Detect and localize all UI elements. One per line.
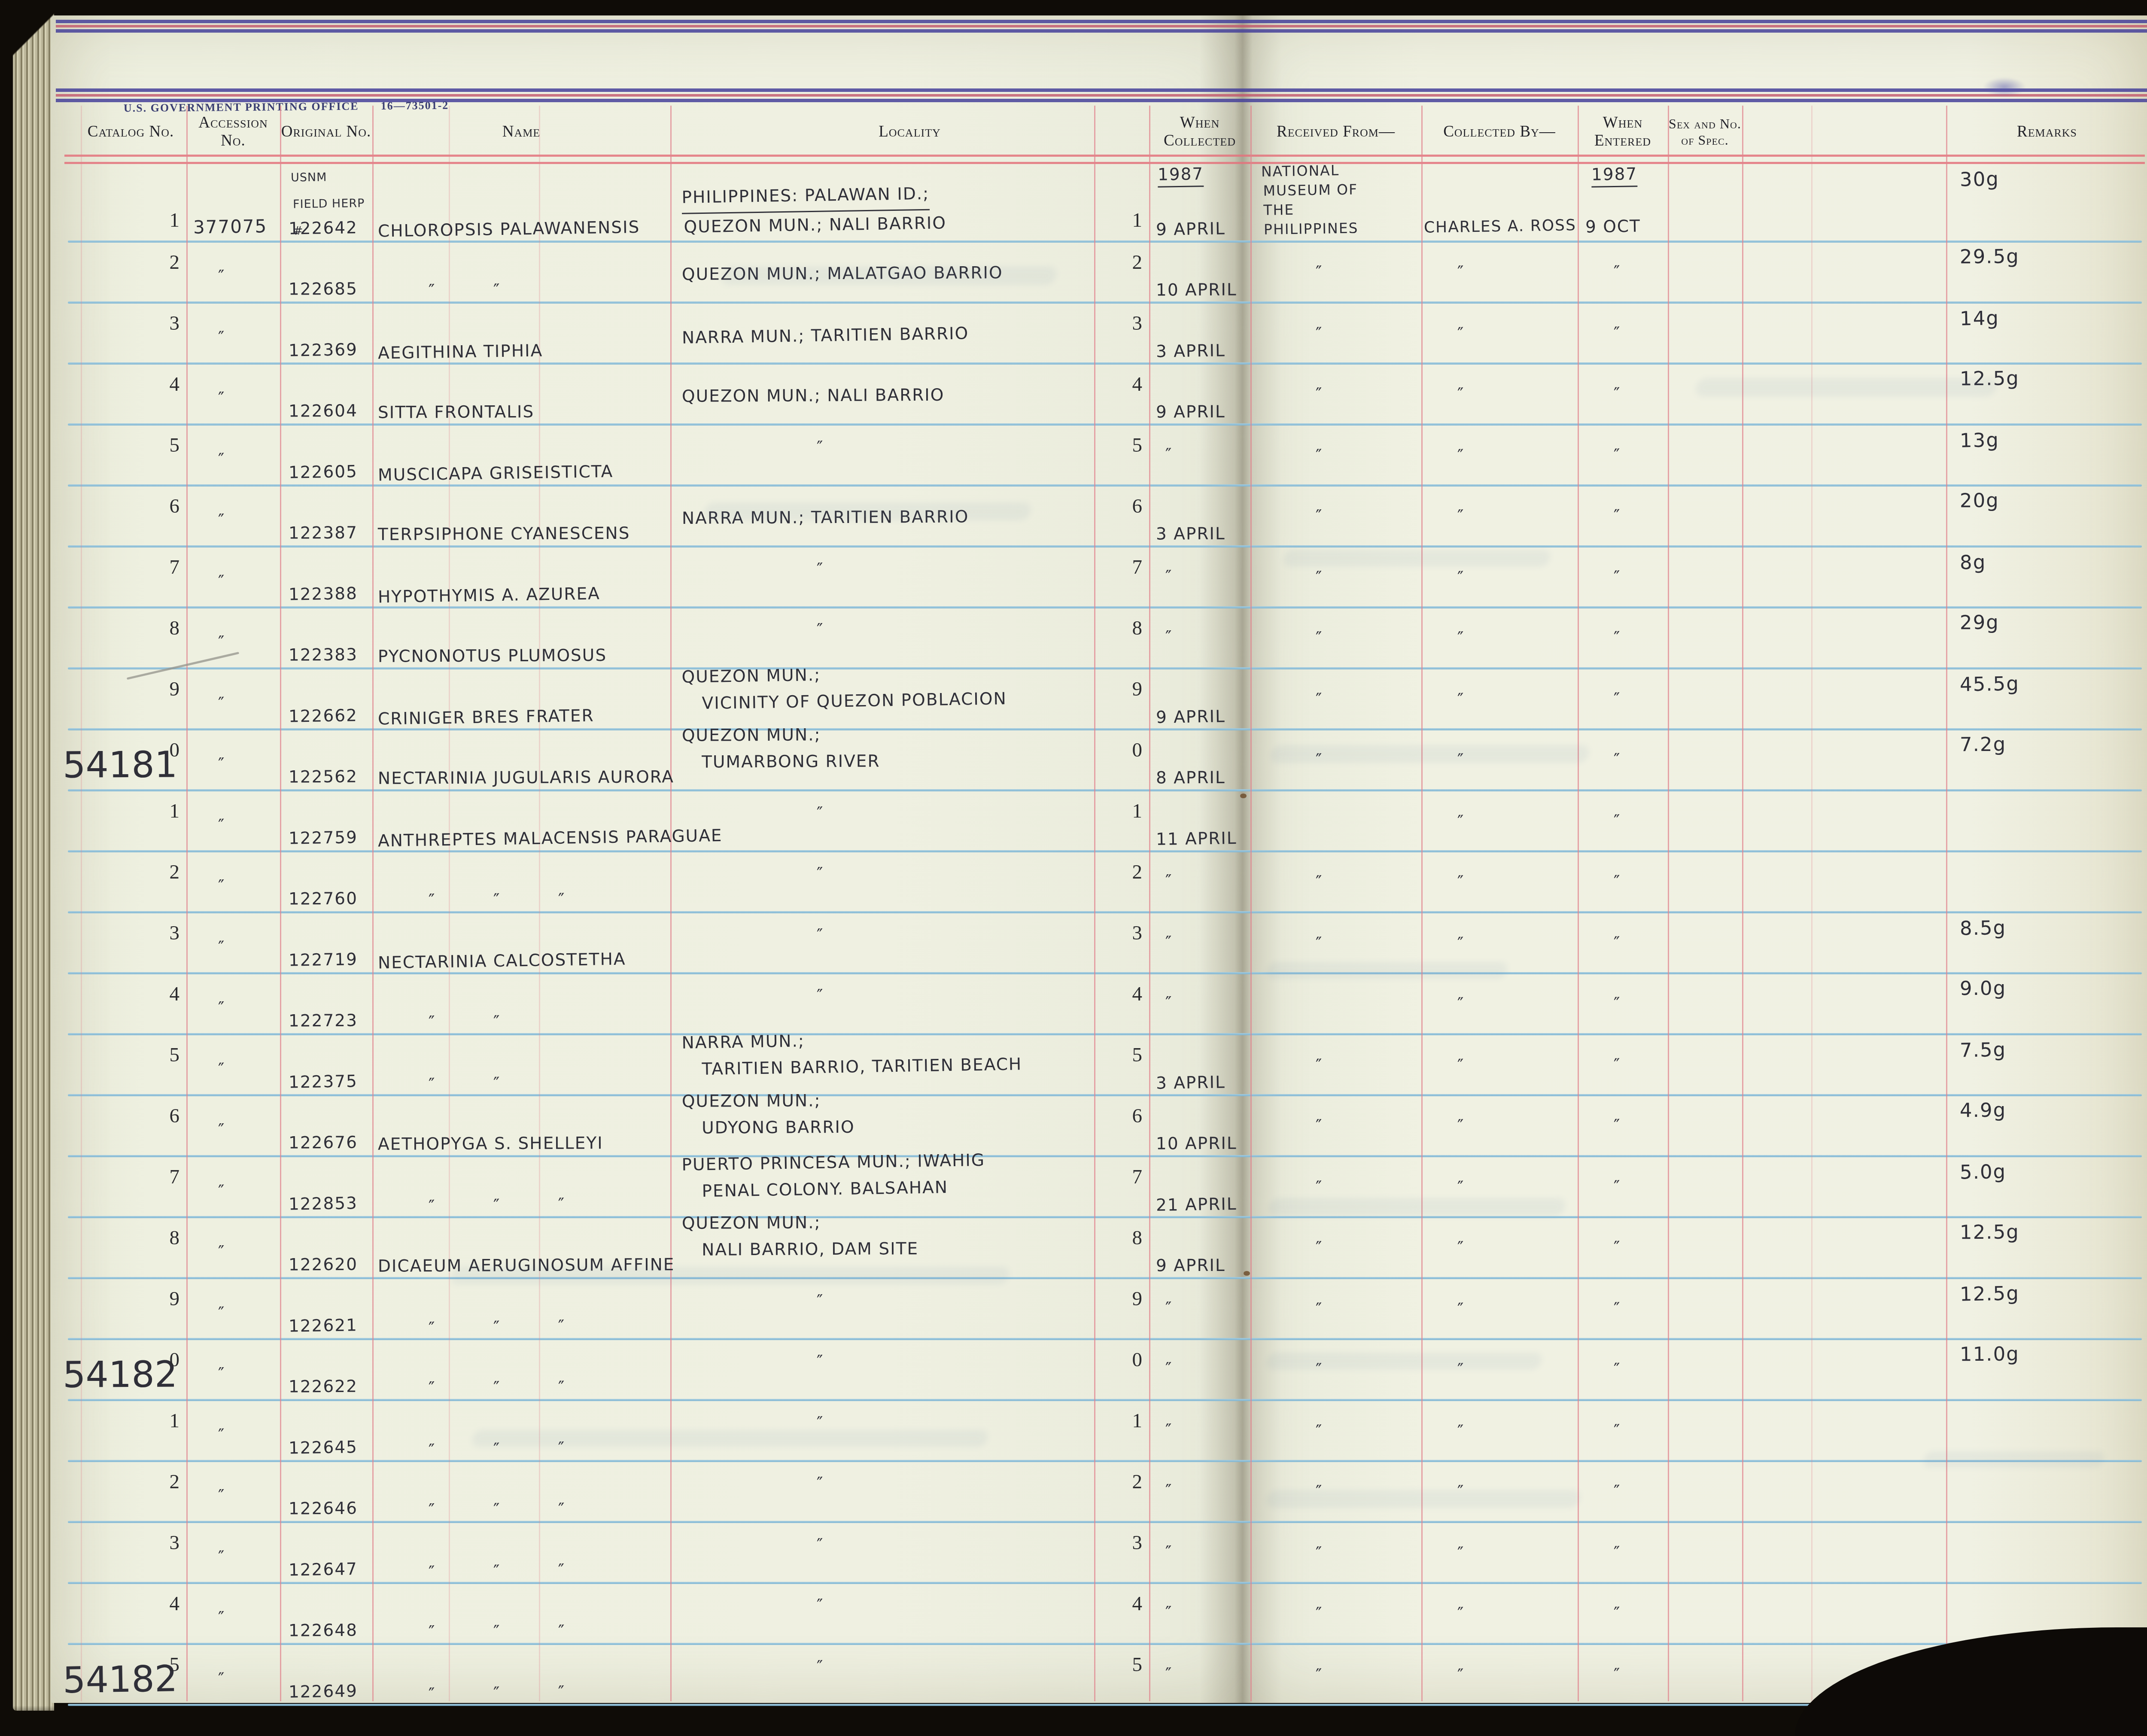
row-number-right: 8: [1098, 1226, 1142, 1250]
row-number-left: 9: [120, 678, 179, 701]
row-number-left: 2: [120, 251, 179, 274]
bleed-through-smudge: [1265, 1490, 1581, 1508]
cell-when-collected: ″: [1156, 871, 1264, 891]
cell-original: 122759: [289, 827, 375, 848]
cell-collected-by: ″: [1424, 506, 1608, 526]
cell-when-entered: ″: [1585, 1237, 1700, 1257]
cell-locality: QUEZON MUN.;UDYONG BARRIO: [682, 1086, 1163, 1142]
cell-original: 122620: [289, 1255, 374, 1274]
cell-original-label-line: USNM: [291, 163, 377, 191]
cell-name: ″ ″ ″: [378, 1314, 730, 1339]
cell-accession: ″: [218, 632, 283, 652]
cell-locality: ″: [817, 1286, 912, 1314]
row-number-left: 1: [120, 800, 179, 823]
binding-speck: [1240, 794, 1247, 798]
cell-name: AETHOPYGA S. SHELLEYI: [378, 1133, 678, 1154]
cell-remarks: 29.5g: [1960, 244, 2147, 268]
ledger-row: 4″122648″ ″ ″″4″″″″: [56, 1582, 2147, 1643]
ledger-row: 7″122388HYPOTHYMIS A. AZUREA″7″″″″8g: [56, 545, 2147, 606]
cell-accession: ″: [218, 1059, 283, 1079]
cell-remarks: 20g: [1960, 488, 2147, 512]
cell-accession: 377075: [193, 215, 288, 237]
row-number-right: 5: [1098, 1653, 1142, 1676]
row-number-right: 4: [1098, 1592, 1142, 1615]
cell-when-collected: ″: [1156, 1602, 1264, 1622]
cell-accession: ″: [218, 937, 283, 957]
cell-original: 122622: [289, 1377, 374, 1396]
bleed-through-smudge: [449, 1267, 1010, 1285]
ink-smudge: [1983, 77, 2026, 97]
cell-when-collected: ″: [1156, 1297, 1265, 1318]
cell-when-collected: ″: [1156, 1419, 1265, 1440]
cell-accession: ″: [218, 1120, 283, 1140]
ledger-row: 541820″122622″ ″ ″″0″″″″11.0g: [56, 1338, 2147, 1399]
cell-when-entered: ″: [1585, 566, 1700, 587]
cell-when-entered: ″: [1585, 1603, 1700, 1623]
cell-when-collected: 9 APRIL: [1156, 1256, 1255, 1275]
row-number-right: 5: [1098, 1043, 1142, 1067]
ledger-row: 2″122685″ ″QUEZON MUN.; MALATGAO BARRIO2…: [56, 240, 2147, 301]
cell-original: 122369: [289, 340, 375, 360]
ledger-scan: U.S. GOVERNMENT PRINTING OFFICE 16—73501…: [0, 0, 2147, 1736]
cell-locality: ″: [817, 1348, 911, 1375]
cell-locality-line: ″: [817, 1470, 911, 1497]
cell-when-entered: ″: [1585, 994, 1700, 1013]
cell-name: TERPSIPHONE CYANESCENS: [378, 523, 678, 544]
cell-name: AEGITHINA TIPHIA: [378, 339, 679, 363]
cell-collected-by: ″: [1424, 1663, 1608, 1686]
cell-when-entered: ″: [1585, 1298, 1700, 1319]
cell-accession: ″: [218, 389, 283, 408]
cell-when-entered: ″: [1585, 1116, 1700, 1135]
cell-locality: NARRA MUN.; TARITIEN BARRIO: [682, 317, 1163, 352]
cell-when-collected: 9 APRIL: [1156, 402, 1255, 422]
cell-remarks: 12.5g: [1960, 1220, 2147, 1243]
cell-original: 122642: [289, 218, 375, 238]
cell-remarks: 9.0g: [1960, 976, 2147, 1000]
bleed-through-smudge: [1265, 962, 1508, 979]
cell-locality: NARRA MUN.;TARITIEN BARRIO, TARITIEN BEA…: [681, 1022, 1163, 1083]
cell-original: 122648: [289, 1620, 374, 1640]
cell-locality-line: QUEZON MUN.;: [682, 1086, 1163, 1115]
cell-when-collected: 21 APRIL: [1156, 1194, 1255, 1215]
cell-accession: ″: [218, 1181, 283, 1201]
cell-locality-line: PHILIPPINES: PALAWAN ID.;: [681, 181, 930, 214]
row-number-right: 4: [1098, 373, 1142, 396]
ledger-row: 2″122760″ ″ ″″2″″″″: [56, 850, 2147, 911]
cell-when-entered: ″: [1585, 688, 1700, 709]
cell-accession: ″: [218, 511, 283, 530]
cell-received-from-line: THE: [1263, 198, 1421, 220]
cell-collected-by: ″: [1424, 628, 1608, 648]
cell-when-collected: 9 APRIL: [1156, 219, 1255, 240]
row-number-right: 1: [1098, 800, 1142, 823]
cell-remarks: 45.5g: [1960, 670, 2147, 696]
cell-name: ″ ″: [378, 1011, 729, 1032]
cell-collected-by: ″: [1424, 1603, 1608, 1624]
cell-when-collected: ″: [1156, 993, 1264, 1012]
row-number-right: 9: [1098, 1287, 1142, 1310]
row-number-left: 1: [120, 209, 179, 232]
cell-name: SITTA FRONTALIS: [378, 401, 678, 423]
row-number-left: 8: [120, 1226, 179, 1250]
cell-original-label-line: FIELD HERP: [293, 190, 377, 218]
cell-original: 122388: [289, 584, 375, 604]
cell-when-collected: ″: [1156, 1359, 1264, 1378]
cell-name: ″ ″ ″: [378, 1377, 729, 1398]
cell-locality: QUEZON MUN.; NALI BARRIO: [682, 381, 1163, 410]
bleed-through-smudge: [1267, 1198, 1566, 1216]
cell-collected-by: ″: [1424, 1541, 1608, 1564]
cell-when-collected: 11 APRIL: [1156, 828, 1255, 849]
cell-remarks: 29g: [1960, 610, 2147, 634]
row-number-right: 9: [1098, 678, 1142, 701]
ledger-row: 8″122620DICAEUM AERUGINOSUM AFFINEQUEZON…: [56, 1216, 2147, 1277]
cell-when-collected: 3 APRIL: [1156, 341, 1255, 362]
cell-locality-line: ″: [817, 555, 912, 583]
cell-collected-by: ″: [1424, 322, 1608, 344]
cell-accession: ″: [218, 693, 283, 713]
row-number-left: 8: [120, 617, 179, 640]
row-number-left: 9: [120, 1287, 179, 1310]
cell-original: 122647: [289, 1559, 375, 1580]
cell-locality: ″: [817, 1530, 912, 1558]
cell-locality-line: ″: [817, 860, 911, 887]
ledger-row: 6″122387TERPSIPHONE CYANESCENSNARRA MUN.…: [56, 484, 2147, 545]
cell-name: MUSCICAPA GRISEISTICTA: [378, 461, 679, 485]
row-number-left: 1: [120, 1409, 179, 1432]
cell-original: 122562: [289, 767, 374, 787]
cell-when-collected: ″: [1156, 444, 1265, 465]
cell-locality: ″: [817, 1652, 912, 1680]
row-number-right: 4: [1098, 982, 1142, 1006]
cell-accession: ″: [218, 998, 283, 1018]
row-number-right: 3: [1098, 312, 1142, 335]
cell-locality-line: TUMARBONG RIVER: [702, 747, 1163, 776]
cell-when-entered: ″: [1585, 506, 1700, 526]
row-number-left: 3: [120, 921, 179, 945]
row-number-right: 7: [1098, 1165, 1142, 1189]
cell-locality: ″: [817, 433, 912, 461]
cell-accession: ″: [218, 449, 283, 469]
cell-original: 122685: [289, 279, 374, 299]
bleed-through-smudge: [1694, 378, 1998, 397]
cell-when-collected: 10 APRIL: [1156, 1134, 1255, 1153]
cell-remarks: 11.0g: [1960, 1342, 2147, 1365]
bleed-through-smudge: [1282, 550, 1551, 567]
cell-remarks: 7.5g: [1960, 1036, 2147, 1062]
cell-collected-by: ″: [1424, 444, 1608, 466]
row-number-left: 2: [120, 860, 179, 884]
bleed-through-smudge: [471, 1430, 989, 1447]
cell-received-from-line: PHILIPPINES: [1264, 217, 1421, 239]
cell-collected-by: ″: [1424, 1116, 1608, 1136]
row-number-right: 2: [1098, 251, 1142, 274]
cell-name: ″ ″ ″: [378, 1621, 729, 1642]
ledger-row: 7″122853″ ″ ″PUERTO PRINCESA MUN.; IWAHI…: [56, 1155, 2147, 1216]
cell-locality-line: QUEZON MUN.;: [682, 720, 1163, 749]
cell-name: ″ ″ ″: [378, 1558, 730, 1583]
cell-when-entered: ″: [1585, 1054, 1700, 1075]
cell-original: 122649: [289, 1681, 375, 1702]
ledger-row: 1377075USNMFIELD HERP#122642CHLOROPSIS P…: [56, 162, 2147, 240]
cell-remarks: 13g: [1960, 426, 2147, 452]
cell-collected-by: ″: [1424, 1298, 1608, 1320]
row-number-left: 0: [120, 739, 179, 762]
cell-original: 122605: [289, 462, 375, 482]
cell-name: ″ ″: [378, 280, 729, 301]
ledger-row: 5″122375″ ″NARRA MUN.;TARITIEN BARRIO, T…: [56, 1033, 2147, 1094]
cell-original: 122719: [289, 949, 375, 970]
cell-when-entered: 9 OCT: [1585, 216, 1672, 237]
cell-locality-line: ″: [817, 1530, 912, 1558]
cell-original: 122760: [289, 889, 374, 909]
ledger-row: 2″122646″ ″ ″″2″″″″: [56, 1460, 2147, 1521]
cell-collected-by: ″: [1424, 688, 1608, 710]
ledger-row: 3″122719NECTARINIA CALCOSTETHA″3″″″″8.5g: [56, 911, 2147, 972]
cell-when-entered: ″: [1585, 322, 1700, 344]
cell-when-entered: ″: [1585, 1359, 1700, 1379]
ledger-row: 1″122645″ ″ ″″1″″″″: [56, 1399, 2147, 1460]
cell-locality-line: ″: [817, 1592, 911, 1619]
row-number-left: 4: [120, 373, 179, 396]
row-number-left: 3: [120, 1531, 179, 1554]
cell-collected-by: ″: [1424, 994, 1608, 1014]
cell-when-entered: ″: [1585, 1542, 1700, 1563]
cell-when-entered: ″: [1585, 810, 1700, 831]
cell-when-entered: ″: [1585, 628, 1700, 648]
cell-original: 122676: [289, 1133, 374, 1152]
row-number-left: 4: [120, 1592, 179, 1615]
cell-locality-line: ″: [817, 799, 912, 827]
cell-locality-line: QUEZON MUN.;: [682, 1208, 1163, 1237]
cell-locality: PHILIPPINES: PALAWAN ID.;QUEZON MUN.; NA…: [681, 177, 1163, 241]
cell-locality: ″: [817, 555, 912, 583]
bleed-through-smudge: [720, 266, 1058, 285]
cell-collected-by: ″: [1424, 1420, 1608, 1442]
cell-original: 122646: [289, 1499, 374, 1518]
cell-accession: ″: [218, 571, 283, 591]
cell-name: PYCNONOTUS PLUMOSUS: [378, 645, 678, 666]
cell-when-collected-year: 1987: [1158, 164, 1204, 188]
cell-locality: ″: [817, 1592, 911, 1619]
cell-name: ″ ″: [378, 1070, 730, 1095]
cell-accession: ″: [218, 1303, 283, 1323]
cell-when-collected: ″: [1156, 627, 1264, 647]
cell-accession: ″: [218, 1669, 283, 1689]
cell-accession: ″: [218, 1364, 283, 1384]
cell-collected-by: ″: [1424, 1176, 1608, 1198]
cell-locality-line: ″: [817, 1652, 912, 1680]
cell-accession: ″: [218, 876, 283, 896]
cell-name: NECTARINIA CALCOSTETHA: [378, 949, 679, 973]
cell-name: CRINIGER BRES FRATER: [378, 705, 679, 729]
cell-remarks: 12.5g: [1960, 1280, 2147, 1306]
cell-original: 122375: [289, 1071, 375, 1092]
cell-accession: ″: [218, 1547, 283, 1567]
row-number-left: 2: [120, 1470, 179, 1493]
cell-collected-by: ″: [1424, 1054, 1608, 1076]
row-number-right: 0: [1098, 739, 1142, 762]
cell-locality-line: ″: [817, 433, 912, 461]
cell-when-entered: ″: [1585, 1481, 1700, 1501]
cell-received-from: NATIONALMUSEUM OFTHEPHILIPPINES: [1261, 159, 1421, 239]
cell-accession: ″: [218, 1486, 283, 1506]
row-number-right: 5: [1098, 434, 1142, 457]
cell-locality-line: NARRA MUN.; TARITIEN BARRIO: [682, 317, 1163, 352]
cell-remarks: 7.2g: [1960, 732, 2147, 756]
cell-remarks: 30g: [1960, 165, 2147, 191]
cell-name: ANTHREPTES MALACENSIS PARAGUAE: [378, 827, 679, 851]
ledger-row: 541810″122562NECTARINIA JUGULARIS AURORA…: [56, 728, 2147, 789]
cell-locality-line: ″: [817, 921, 912, 949]
row-number-left: 7: [120, 556, 179, 579]
ledger-row: 9″122662CRINIGER BRES FRATERQUEZON MUN.;…: [56, 667, 2147, 728]
row-number-left: 0: [120, 1348, 179, 1371]
cell-name: CHLOROPSIS PALAWANENSIS: [378, 217, 679, 241]
cell-name: HYPOTHYMIS A. AZUREA: [378, 583, 679, 607]
cell-when-entered: ″: [1585, 750, 1700, 769]
cell-accession: ″: [218, 1425, 283, 1445]
cell-locality: ″: [817, 799, 912, 827]
ledger-row: 5″122605MUSCICAPA GRISEISTICTA″5″″″″13g: [56, 423, 2147, 484]
row-number-left: 5: [120, 1653, 179, 1676]
cell-name: ″ ″ ″: [378, 889, 729, 910]
row-number-left: 6: [120, 495, 179, 518]
cell-original: 122853: [289, 1193, 375, 1214]
row-number-left: 7: [120, 1165, 179, 1189]
cell-remarks: 8g: [1960, 548, 2147, 574]
cell-name: ″ ″ ″: [378, 1499, 729, 1520]
cell-accession: ″: [218, 754, 283, 774]
cell-when-entered: ″: [1585, 1176, 1700, 1197]
cell-locality: ″: [817, 860, 911, 887]
cell-original: 122645: [289, 1437, 375, 1458]
cell-locality: ″: [817, 616, 911, 643]
row-number-left: 4: [120, 982, 179, 1006]
cell-when-collected: 10 APRIL: [1156, 280, 1255, 300]
cell-locality-line: QUEZON MUN.; NALI BARRIO: [682, 381, 1163, 410]
row-number-right: 3: [1098, 1531, 1142, 1554]
cell-when-entered: ″: [1585, 872, 1700, 891]
row-number-right: 7: [1098, 556, 1142, 579]
row-number-right: 1: [1098, 1409, 1142, 1432]
cell-locality: ″: [817, 921, 912, 949]
bleed-through-smudge: [1265, 1353, 1543, 1370]
row-number-right: 2: [1098, 860, 1142, 884]
cell-when-entered: ″: [1585, 1420, 1700, 1441]
cell-accession: ″: [218, 267, 283, 286]
cell-original: 122604: [289, 401, 374, 421]
cell-locality: QUEZON MUN.;NALI BARRIO, DAM SITE: [682, 1208, 1163, 1264]
ledger-row: 3″122369AEGITHINA TIPHIANARRA MUN.; TARI…: [56, 301, 2147, 362]
cell-when-entered: ″: [1585, 262, 1700, 282]
cell-when-entered: ″: [1585, 932, 1700, 953]
cell-locality: QUEZON MUN.;TUMARBONG RIVER: [682, 720, 1163, 776]
ledger-row: 9″122621″ ″ ″″9″″″″12.5g: [56, 1277, 2147, 1338]
cell-when-collected: 9 APRIL: [1156, 706, 1255, 727]
cell-remarks: 8.5g: [1960, 914, 2147, 940]
cell-collected-by: ″: [1424, 384, 1608, 404]
cell-name: ″ ″ ″: [378, 1680, 730, 1705]
cell-when-entered: ″: [1585, 1664, 1700, 1685]
binding-speck: [1244, 1271, 1250, 1276]
ledger-row: 1″122759ANTHREPTES MALACENSIS PARAGUAE″1…: [56, 789, 2147, 850]
cell-locality: QUEZON MUN.;VICINITY OF QUEZON POBLACION: [681, 657, 1163, 718]
cell-remarks: 4.9g: [1960, 1098, 2147, 1122]
cell-when-entered: ″: [1585, 444, 1700, 465]
cell-locality: PUERTO PRINCESA MUN.; IWAHIGPENAL COLONY…: [681, 1144, 1163, 1205]
cell-when-collected: ″: [1156, 1541, 1265, 1562]
bleed-through-smudge: [702, 502, 1032, 520]
cell-locality-line: UDYONG BARRIO: [702, 1113, 1163, 1142]
cell-received-from-line: MUSEUM OF: [1263, 179, 1420, 201]
cell-original: 122383: [289, 645, 374, 665]
cell-when-entered-year: 1987: [1591, 164, 1638, 188]
row-number-left: 3: [120, 312, 179, 335]
cell-locality: ″: [817, 982, 911, 1009]
rows-layer: 1377075USNMFIELD HERP#122642CHLOROPSIS P…: [0, 0, 2147, 1736]
cell-received-from-line: NATIONAL: [1261, 159, 1420, 181]
cell-collected-by: CHARLES A. ROSS: [1424, 216, 1575, 236]
row-number-left: 5: [120, 434, 179, 457]
cell-original: 122723: [289, 1011, 374, 1031]
cell-locality-line: ″: [817, 1286, 912, 1314]
bleed-through-smudge: [1922, 1451, 2106, 1468]
cell-collected-by: ″: [1424, 566, 1608, 588]
cell-name: ″ ″ ″: [378, 1192, 730, 1217]
cell-locality-line: ″: [817, 1348, 911, 1375]
cell-original: 122621: [289, 1315, 375, 1336]
cell-locality: ″: [817, 1470, 911, 1497]
row-number-right: 6: [1098, 495, 1142, 518]
cell-original: 122387: [289, 523, 374, 543]
row-number-left: 5: [120, 1043, 179, 1067]
cell-when-collected: ″: [1156, 1481, 1264, 1500]
row-number-right: 1: [1098, 209, 1142, 232]
row-number-right: 6: [1098, 1104, 1142, 1128]
row-number-right: 0: [1098, 1348, 1142, 1371]
cell-accession: ″: [218, 327, 283, 347]
cell-when-collected: ″: [1156, 565, 1265, 587]
cell-when-collected: 3 APRIL: [1156, 524, 1255, 544]
ledger-row: 3″122647″ ″ ″″3″″″″: [56, 1521, 2147, 1582]
row-number-right: 8: [1098, 617, 1142, 640]
cell-collected-by: ″: [1424, 872, 1608, 892]
row-number-left: 6: [120, 1104, 179, 1128]
cell-locality-line: NALI BARRIO, DAM SITE: [702, 1234, 1163, 1264]
cell-when-collected: ″: [1156, 1663, 1265, 1684]
cell-locality-line: ″: [817, 982, 911, 1009]
cell-accession: ″: [218, 1242, 283, 1262]
cell-when-collected: ″: [1156, 931, 1265, 952]
cell-collected-by: ″: [1424, 1237, 1608, 1258]
row-number-right: 2: [1098, 1470, 1142, 1493]
row-number-right: 3: [1098, 921, 1142, 945]
cell-when-collected: 3 APRIL: [1156, 1072, 1255, 1093]
cell-locality-line: ″: [817, 616, 911, 643]
bleed-through-smudge: [1269, 745, 1590, 763]
cell-collected-by: ″: [1424, 932, 1608, 954]
cell-name: NECTARINIA JUGULARIS AURORA: [378, 767, 678, 788]
cell-accession: ″: [218, 815, 283, 835]
cell-remarks: 14g: [1960, 304, 2147, 330]
cell-when-entered: ″: [1585, 384, 1700, 404]
cell-original: 122662: [289, 705, 375, 726]
cell-collected-by: ″: [1424, 810, 1608, 832]
cell-when-collected: 8 APRIL: [1156, 768, 1255, 787]
cell-collected-by: ″: [1424, 262, 1608, 282]
